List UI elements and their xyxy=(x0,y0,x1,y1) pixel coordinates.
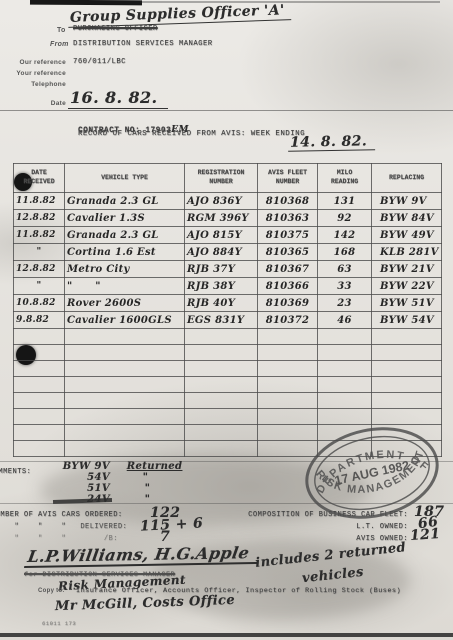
form-number: 61011 173 xyxy=(42,620,76,627)
column-header-date-received: DATE RECEIVED xyxy=(14,164,65,193)
cell-date-ditto: " xyxy=(14,244,65,261)
column-header-milo-reading: MILO READING xyxy=(318,164,372,193)
empty-cell xyxy=(258,361,318,377)
comment-right: Returned xyxy=(127,461,183,472)
comments-block: BYW 9V Returned 54V " 51V " 24V " xyxy=(55,461,182,505)
empty-cell xyxy=(258,377,318,393)
cell-registration: RJB 38Y xyxy=(185,278,258,295)
cell-vehicle: Rover 2600S xyxy=(65,295,185,312)
cell-vehicle: Granada 2.3 GL xyxy=(65,193,185,210)
cell-milo: 131 xyxy=(318,193,372,210)
cell-fleet: 810375 xyxy=(258,227,318,244)
empty-cell xyxy=(372,361,442,377)
delivered-value: 115 + 6 xyxy=(140,515,204,534)
column-header-replacing: REPLACING xyxy=(372,164,442,193)
rule-under-letterhead xyxy=(0,110,453,111)
empty-cell xyxy=(372,377,442,393)
cell-date: 12.8.82 xyxy=(14,210,65,227)
cell-replacing: BYW 54V xyxy=(372,312,442,329)
from-value: DISTRIBUTION SERVICES MANAGER xyxy=(73,40,213,48)
scan-bottom-edge xyxy=(0,633,453,637)
date-label: Date xyxy=(8,100,66,107)
cell-fleet: 810369 xyxy=(258,295,318,312)
cars-received-table: DATE RECEIVED VEHICLE TYPE REGISTRATION … xyxy=(13,163,442,457)
cell-replacing: BYW 22V xyxy=(372,278,442,295)
cell-milo: 33 xyxy=(318,278,372,295)
table-row: 11.8.82 Granada 2.3 GL AJO 836Y 810368 1… xyxy=(14,193,442,210)
empty-cell xyxy=(65,393,185,409)
empty-cell xyxy=(258,393,318,409)
empty-cell xyxy=(185,345,258,361)
empty-cell xyxy=(372,329,442,345)
empty-cell xyxy=(14,329,65,345)
empty-cell xyxy=(185,393,258,409)
cell-milo: 92 xyxy=(318,210,372,227)
empty-cell xyxy=(65,345,185,361)
empty-cell xyxy=(372,393,442,409)
empty-cell xyxy=(258,345,318,361)
scan-edge-mark xyxy=(30,0,142,5)
cell-milo: 63 xyxy=(318,261,372,278)
cell-replacing: BYW 49V xyxy=(372,227,442,244)
ordered-label: NUMBER OF AVIS CARS ORDERED: xyxy=(0,511,123,519)
copy-to-label: Copy to: xyxy=(38,588,65,594)
cell-replacing: BYW 51V xyxy=(372,295,442,312)
empty-cell xyxy=(65,361,185,377)
our-reference-value: 760/011/LBC xyxy=(73,58,126,66)
cell-registration: AJO 884Y xyxy=(185,244,258,261)
cell-registration: RJB 40Y xyxy=(185,295,258,312)
column-header-avis-fleet-number: AVIS FLEET NUMBER xyxy=(258,164,318,193)
to-label: To xyxy=(57,27,66,34)
header-row: DATE RECEIVED VEHICLE TYPE REGISTRATION … xyxy=(14,164,442,193)
empty-cell xyxy=(14,441,65,457)
our-reference-label: Our reference xyxy=(8,59,66,66)
table-row: 12.8.82 Cavalier 1.3S RGM 396Y 810363 92… xyxy=(14,210,442,227)
empty-cell xyxy=(185,425,258,441)
cell-registration: AJO 815Y xyxy=(185,227,258,244)
cell-vehicle: Granada 2.3 GL xyxy=(65,227,185,244)
table-row: 9.8.82 Cavalier 1600GLS EGS 831Y 810372 … xyxy=(14,312,442,329)
copy-to-value: Insurance Officer, Accounts Officer, Ins… xyxy=(76,587,446,595)
telephone-label: Telephone xyxy=(8,81,66,88)
cell-fleet: 810367 xyxy=(258,261,318,278)
cell-fleet: 810372 xyxy=(258,312,318,329)
empty-cell xyxy=(14,409,65,425)
empty-cell xyxy=(14,393,65,409)
cell-fleet: 810368 xyxy=(258,193,318,210)
comment-left: 51V xyxy=(55,483,110,494)
scanned-memo-page: Group Supplies Officer 'A' To PURCHASING… xyxy=(0,0,453,640)
week-ending-handwritten: 14. 8. 82. xyxy=(288,133,375,152)
cell-date: 11.8.82 xyxy=(14,193,65,210)
table-row: 12.8.82 Metro City RJB 37Y 810367 63 BYW… xyxy=(14,261,442,278)
table-row: " Cortina 1.6 Est AJO 884Y 810365 168 KL… xyxy=(14,244,442,261)
empty-row xyxy=(14,345,442,361)
cell-date: 10.8.82 xyxy=(14,295,65,312)
cell-vehicle: Metro City xyxy=(65,261,185,278)
cell-date-ditto: " xyxy=(14,278,65,295)
empty-cell xyxy=(14,361,65,377)
empty-row xyxy=(14,329,442,345)
empty-cell xyxy=(258,409,318,425)
empty-cell xyxy=(185,377,258,393)
empty-row xyxy=(14,393,442,409)
cell-milo: 168 xyxy=(318,244,372,261)
comment-line: 54V " xyxy=(55,472,182,483)
empty-row xyxy=(14,377,442,393)
empty-cell xyxy=(318,409,372,425)
cell-registration: RGM 396Y xyxy=(185,210,258,227)
cell-fleet: 810365 xyxy=(258,244,318,261)
record-line: RECORD OF CARS RECEIVED FROM AVIS: WEEK … xyxy=(78,130,305,138)
comments-label: COMMENTS: xyxy=(0,468,31,476)
empty-cell xyxy=(65,329,185,345)
empty-cell xyxy=(14,345,65,361)
cell-replacing: BYW 84V xyxy=(372,210,442,227)
cell-date: 9.8.82 xyxy=(14,312,65,329)
empty-cell xyxy=(318,361,372,377)
signature-handwritten: L.P.Williams, H.G.Apple xyxy=(24,543,261,568)
your-reference-label: Your reference xyxy=(8,70,66,77)
comment-right-ditto: " xyxy=(143,472,149,483)
table-row: 10.8.82 Rover 2600S RJB 40Y 810369 23 BY… xyxy=(14,295,442,312)
column-header-registration-number: REGISTRATION NUMBER xyxy=(185,164,258,193)
table-row: 11.8.82 Granada 2.3 GL AJO 815Y 810375 1… xyxy=(14,227,442,244)
cell-fleet: 810366 xyxy=(258,278,318,295)
cell-replacing: KLB 281V xyxy=(372,244,442,261)
empty-cell xyxy=(185,409,258,425)
empty-cell xyxy=(185,441,258,457)
empty-cell xyxy=(65,425,185,441)
empty-cell xyxy=(318,393,372,409)
balance-value: 7 xyxy=(160,529,170,545)
delivered-label: " " " " DELIVERED: xyxy=(0,523,127,531)
avis-owned-value: 121 xyxy=(409,526,440,544)
empty-cell xyxy=(185,361,258,377)
cell-replacing: BYW 9V xyxy=(372,193,442,210)
cell-replacing: BYW 21V xyxy=(372,261,442,278)
empty-cell xyxy=(14,425,65,441)
comment-line: 51V " xyxy=(55,483,182,494)
comment-line: BYW 9V Returned xyxy=(55,461,182,472)
empty-cell xyxy=(65,377,185,393)
from-label: From xyxy=(50,41,69,48)
cell-registration: EGS 831Y xyxy=(185,312,258,329)
cell-registration: AJO 836Y xyxy=(185,193,258,210)
cell-milo: 23 xyxy=(318,295,372,312)
table-row: " " " RJB 38Y 810366 33 BYW 22V xyxy=(14,278,442,295)
column-header-vehicle-type: VEHICLE TYPE xyxy=(65,164,185,193)
empty-cell xyxy=(318,377,372,393)
to-struck-text: PURCHASING OFFICER xyxy=(73,25,158,33)
cell-date: 12.8.82 xyxy=(14,261,65,278)
cell-milo: 46 xyxy=(318,312,372,329)
cell-vehicle: Cavalier 1600GLS xyxy=(65,312,185,329)
comment-left: 54V xyxy=(55,472,110,483)
cell-fleet: 810363 xyxy=(258,210,318,227)
empty-cell xyxy=(258,329,318,345)
empty-cell xyxy=(318,329,372,345)
date-value: 16. 8. 82. xyxy=(68,88,168,109)
empty-cell xyxy=(372,345,442,361)
comment-left: BYW 9V xyxy=(55,461,110,472)
empty-cell xyxy=(14,377,65,393)
empty-cell xyxy=(65,409,185,425)
cell-date: 11.8.82 xyxy=(14,227,65,244)
cell-vehicle-ditto: " " xyxy=(65,278,185,295)
comment-right-ditto: " xyxy=(145,483,151,494)
empty-cell xyxy=(318,345,372,361)
empty-cell xyxy=(185,329,258,345)
cell-registration: RJB 37Y xyxy=(185,261,258,278)
cell-vehicle: Cavalier 1.3S xyxy=(65,210,185,227)
cell-vehicle: Cortina 1.6 Est xyxy=(65,244,185,261)
empty-row xyxy=(14,361,442,377)
empty-cell xyxy=(65,441,185,457)
balance-label: " " " " /B: xyxy=(0,535,118,543)
cell-milo: 142 xyxy=(318,227,372,244)
